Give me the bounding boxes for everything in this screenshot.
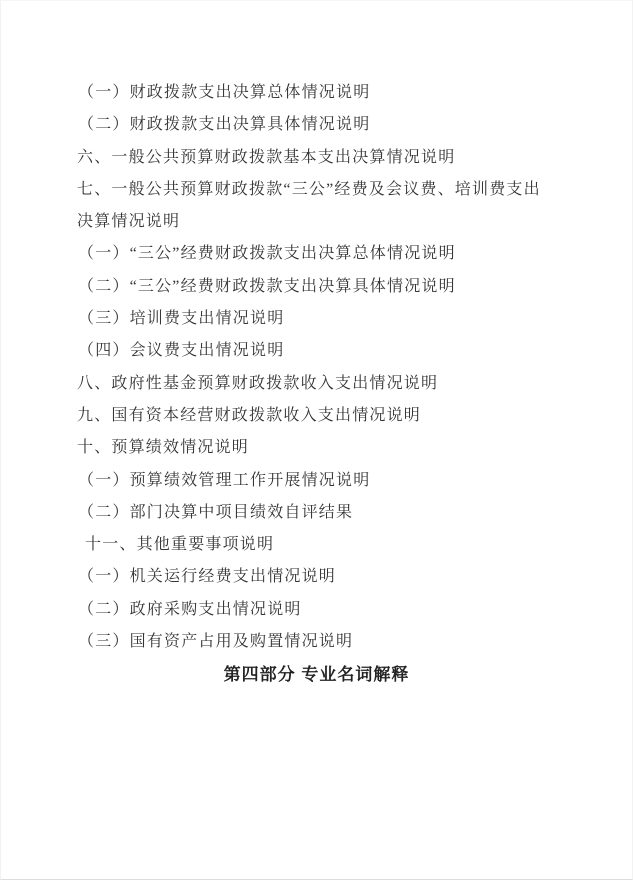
toc-line: （二）“三公”经费财政拨款支出决算具体情况说明 — [1, 271, 632, 303]
toc-line: 八、政府性基金预算财政拨款收入支出情况说明 — [1, 368, 632, 400]
toc-line-continuation: 决算情况说明 — [1, 206, 632, 238]
toc-line: 十、预算绩效情况说明 — [1, 432, 632, 464]
toc-line: （二）部门决算中项目绩效自评结果 — [1, 497, 632, 529]
toc-line: 六、一般公共预算财政拨款基本支出决算情况说明 — [1, 142, 632, 174]
toc-line: 七、一般公共预算财政拨款“三公”经费及会议费、培训费支出 — [1, 174, 632, 206]
toc-line: （一）预算绩效管理工作开展情况说明 — [1, 465, 632, 497]
toc-line: 九、国有资本经营财政拨款收入支出情况说明 — [1, 400, 632, 432]
toc-line: （二）政府采购支出情况说明 — [1, 594, 632, 626]
toc-line: （一）财政拨款支出决算总体情况说明 — [1, 77, 632, 109]
toc-line: （二）财政拨款支出决算具体情况说明 — [1, 109, 632, 141]
section-heading: 第四部分 专业名词解释 — [1, 658, 632, 691]
toc-line: 十一、其他重要事项说明 — [1, 529, 632, 561]
toc-line: （一）机关运行经费支出情况说明 — [1, 561, 632, 593]
toc-list: （一）财政拨款支出决算总体情况说明 （二）财政拨款支出决算具体情况说明 六、一般… — [1, 1, 632, 658]
toc-line: （三）国有资产占用及购置情况说明 — [1, 626, 632, 658]
toc-line: （四）会议费支出情况说明 — [1, 335, 632, 367]
document-page: （一）财政拨款支出决算总体情况说明 （二）财政拨款支出决算具体情况说明 六、一般… — [0, 0, 633, 880]
toc-line: （三）培训费支出情况说明 — [1, 303, 632, 335]
toc-line: （一）“三公”经费财政拨款支出决算总体情况说明 — [1, 238, 632, 270]
